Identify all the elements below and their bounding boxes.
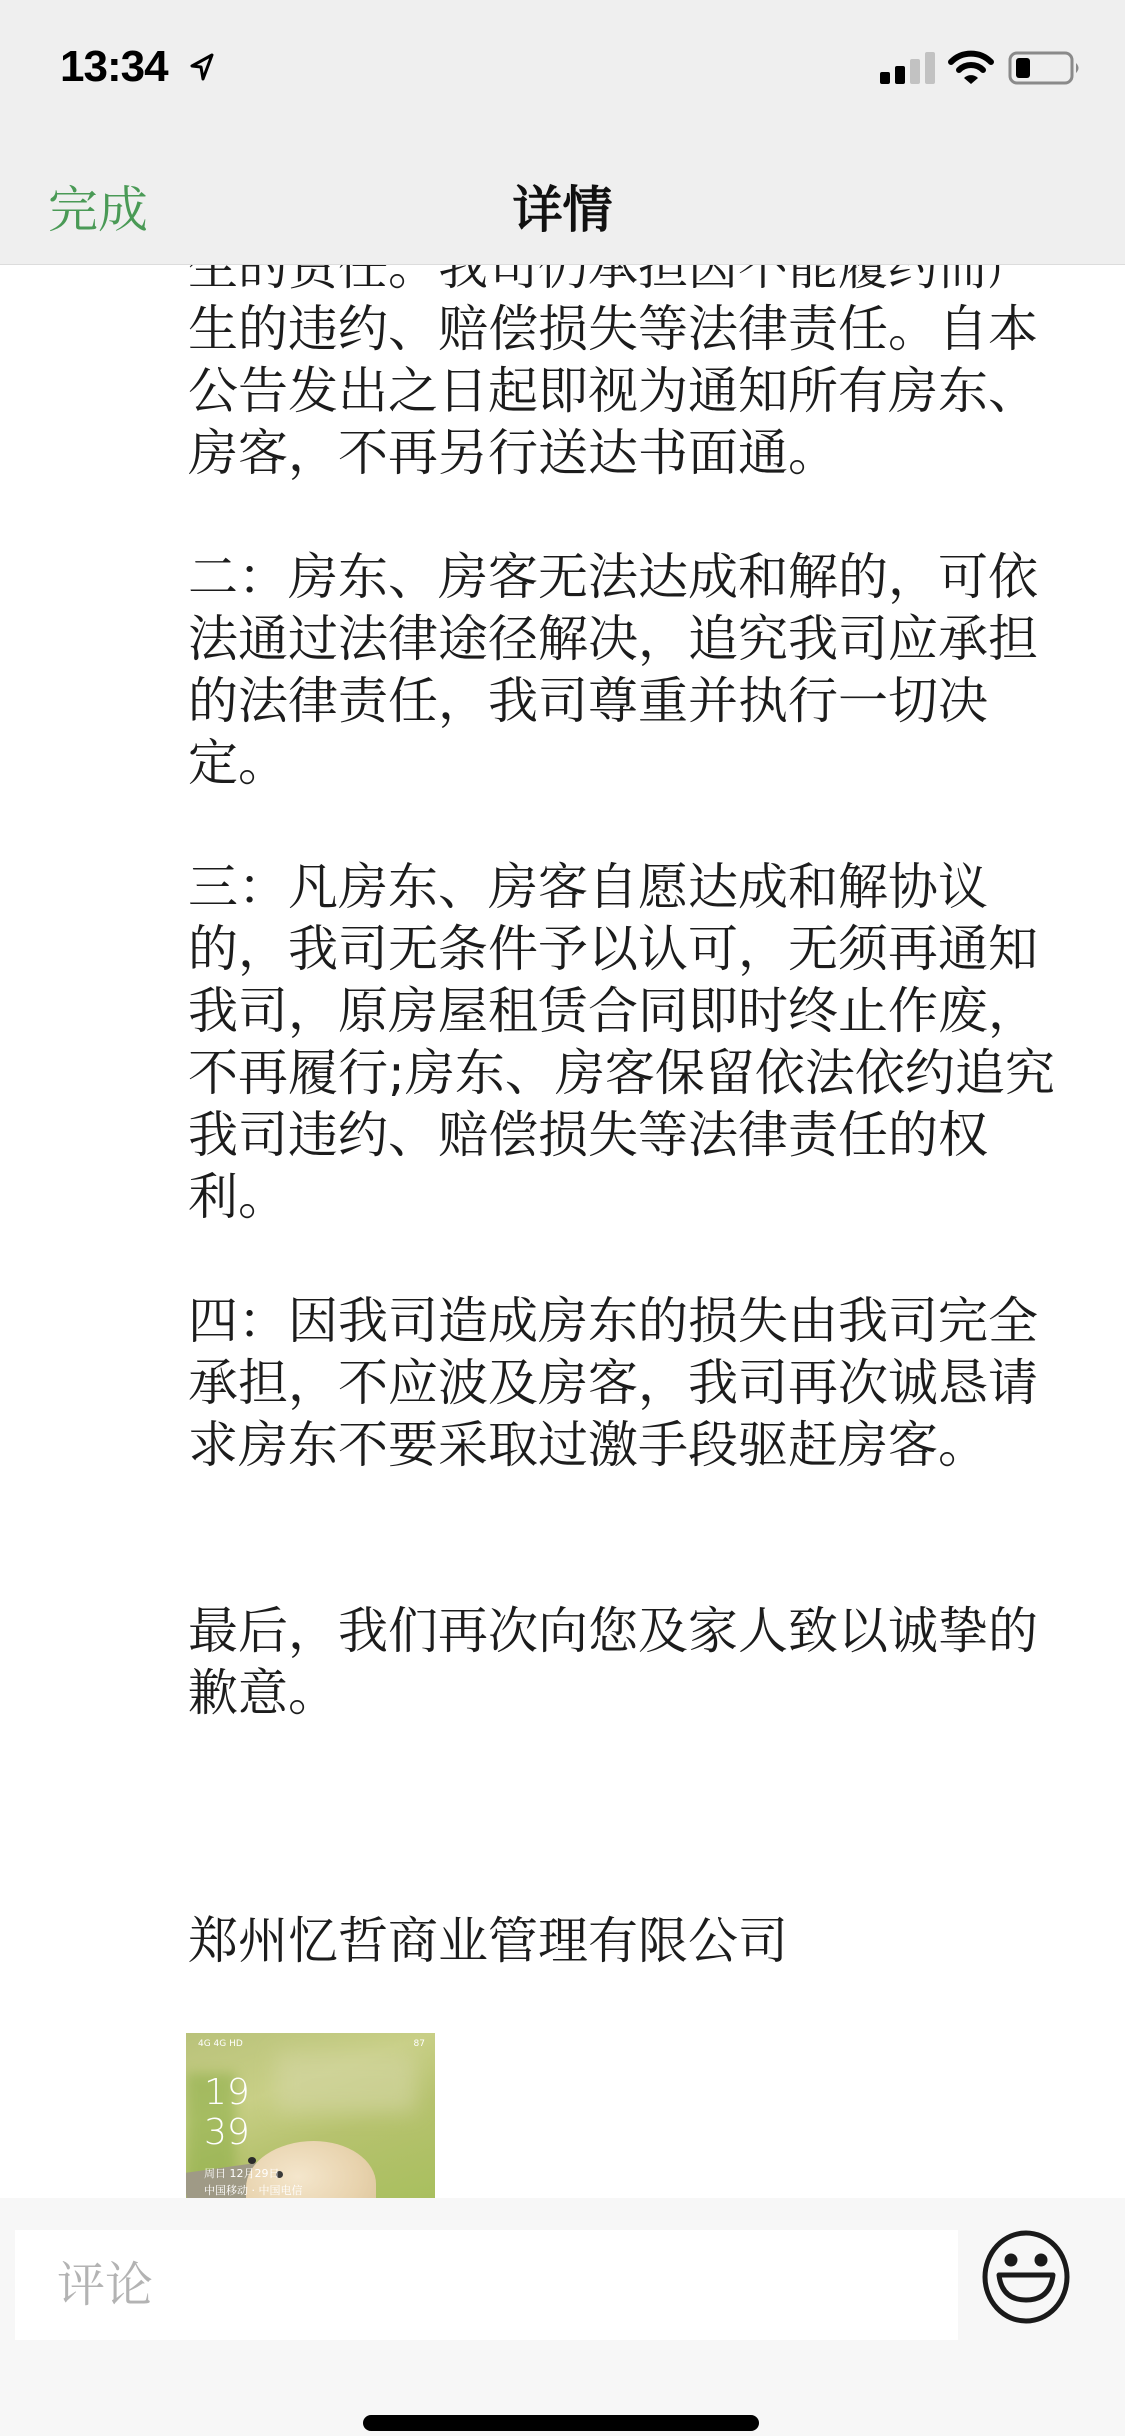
comment-bar	[0, 2198, 1125, 2436]
nav-bar: 完成 详情	[0, 132, 1125, 265]
paragraph-5: 最后，我们再次向您及家人致以诚挚的 歉意。	[188, 1600, 1108, 1724]
paragraph-4: 四：因我司造成房东的损失由我司完全 承担，不应波及房客，我司再次诚恳请 求房东不…	[188, 1290, 1108, 1476]
battery-low-icon	[1008, 51, 1084, 85]
text-line: 利。	[188, 1166, 1108, 1228]
text-line: 二：房东、房客无法达成和解的，可依	[188, 546, 1108, 608]
text-line: 歉意。	[188, 1662, 1108, 1724]
paragraph-2: 二：房东、房客无法达成和解的，可依 法通过法律途径解决，追究我司应承担 的法律责…	[188, 546, 1108, 794]
text-line: 承担，不应波及房客，我司再次诚恳请	[188, 1352, 1108, 1414]
cellular-signal-icon	[880, 52, 936, 86]
image-date: 周日 12月29日	[204, 2165, 280, 2181]
paragraph-spacer	[188, 794, 1108, 856]
text-line: 定。	[188, 732, 1108, 794]
comment-input[interactable]	[15, 2230, 958, 2340]
text-line: 法通过法律途径解决，追究我司应承担	[188, 608, 1108, 670]
paragraph-spacer	[188, 1848, 1108, 1910]
paragraph-spacer	[188, 1228, 1108, 1290]
paragraph-1: 生的责任。我司仍承担因不能履约而产 生的违约、赔偿损失等法律责任。自本 公告发出…	[188, 236, 1108, 484]
text-line: 我司违约、赔偿损失等法律责任的权	[188, 1104, 1108, 1166]
article-body: 生的责任。我司仍承担因不能履约而产 生的违约、赔偿损失等法律责任。自本 公告发出…	[188, 236, 1108, 1972]
paragraph-spacer	[188, 1724, 1108, 1786]
text-line: 房客，不再另行送达书面通。	[188, 422, 1108, 484]
text-line: 我司，原房屋租赁合同即时终止作废，	[188, 980, 1108, 1042]
image-battery-text: 87	[414, 2039, 425, 2049]
image-dog-nose	[248, 2157, 256, 2164]
text-line: 公告发出之日起即视为通知所有房东、	[188, 360, 1108, 422]
text-line: 不再履行;房东、房客保留依法依约追究	[188, 1042, 1108, 1104]
paragraph-spacer	[188, 1476, 1108, 1538]
location-arrow-icon	[188, 52, 216, 82]
attached-image[interactable]: 4G 4G HD 87 19 39 周日 12月29日 中国移动 · 中国电信	[186, 2033, 435, 2201]
text-line: 求房东不要采取过激手段驱赶房客。	[188, 1414, 1108, 1476]
image-clock-minute: 39	[204, 2115, 250, 2151]
text-line: 三：凡房东、房客自愿达成和解协议	[188, 856, 1108, 918]
status-time: 13:34	[60, 42, 168, 92]
wifi-icon	[948, 50, 994, 86]
image-carrier: 中国移动 · 中国电信	[204, 2182, 303, 2198]
image-background	[276, 2053, 416, 2113]
text-line: 的，我司无条件予以认可，无须再通知	[188, 918, 1108, 980]
status-bar: 13:34	[0, 0, 1125, 132]
home-indicator[interactable]	[363, 2415, 759, 2431]
paragraph-spacer	[188, 1786, 1108, 1848]
company-signature: 郑州忆哲商业管理有限公司	[188, 1910, 1108, 1972]
text-line: 四：因我司造成房东的损失由我司完全	[188, 1290, 1108, 1352]
text-line: 生的违约、赔偿损失等法律责任。自本	[188, 298, 1108, 360]
text-line: 的法律责任，我司尊重并执行一切决	[188, 670, 1108, 732]
image-clock-hour: 19	[204, 2075, 250, 2111]
page-title: 详情	[0, 170, 1125, 242]
emoji-smile-icon[interactable]	[980, 2228, 1072, 2326]
image-status-text: 4G 4G HD	[198, 2039, 243, 2049]
paragraph-3: 三：凡房东、房客自愿达成和解协议 的，我司无条件予以认可，无须再通知 我司，原房…	[188, 856, 1108, 1228]
text-line: 最后，我们再次向您及家人致以诚挚的	[188, 1600, 1108, 1662]
paragraph-spacer	[188, 484, 1108, 546]
paragraph-spacer	[188, 1538, 1108, 1600]
